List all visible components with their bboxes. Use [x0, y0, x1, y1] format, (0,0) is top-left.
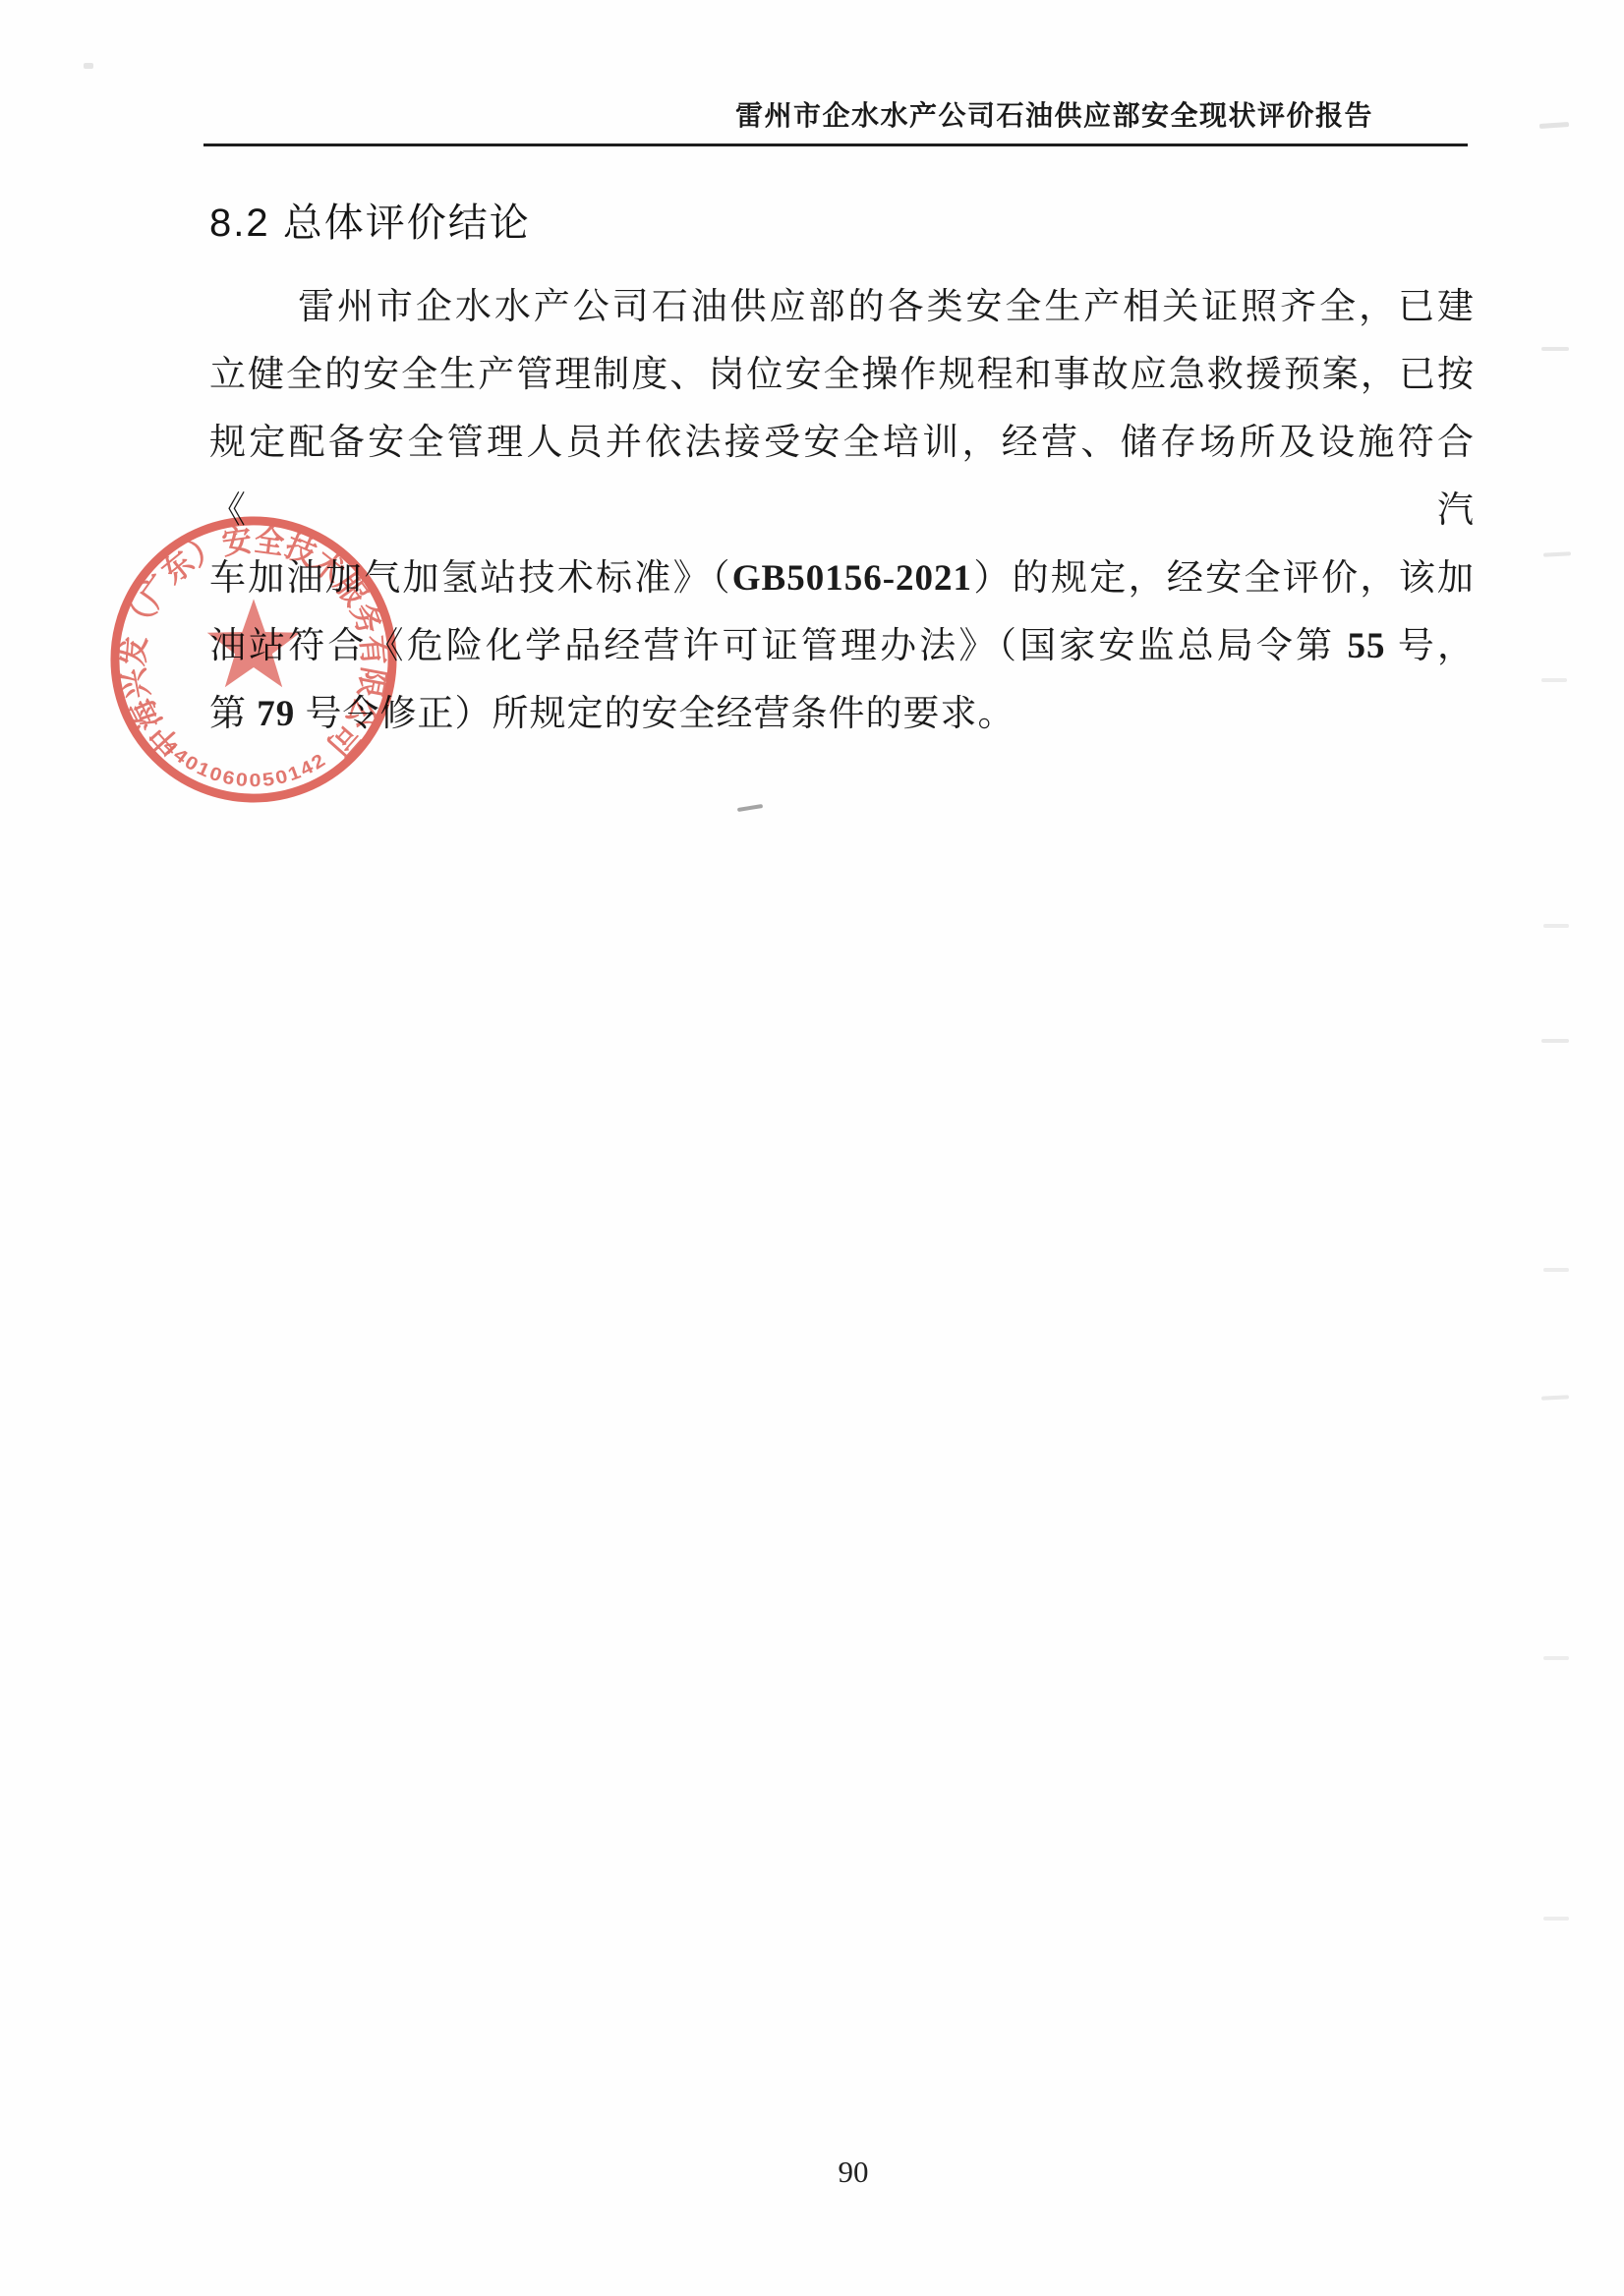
- official-seal-stamp: 中海兴发（广东）安全技术服务有限公司 4401060050142: [104, 513, 403, 806]
- page-number: 90: [814, 2154, 893, 2190]
- star-icon: [207, 599, 301, 687]
- scan-artifact: [1541, 347, 1569, 351]
- page-header-title: 雷州市企水水产公司石油供应部安全现状评价报告: [735, 98, 1373, 134]
- body-text: 雷州市企水水产公司石油供应部的各类安全生产相关证照齐全，已建: [298, 287, 1475, 327]
- scan-artifact: [1543, 1656, 1569, 1660]
- scan-artifact: [1539, 122, 1569, 129]
- section-heading: 8.2 总体评价结论: [209, 192, 1478, 248]
- paragraph-line: 立健全的安全生产管理制度、岗位安全操作规程和事故应急救援预案，已按: [209, 341, 1475, 409]
- scan-artifact: [1543, 551, 1571, 556]
- body-text: 立健全的安全生产管理制度、岗位安全操作规程和事故应急救援预案，已按: [209, 355, 1475, 395]
- header-rule: [203, 143, 1468, 146]
- scan-artifact: [1541, 678, 1567, 682]
- scan-artifact: [1543, 1917, 1569, 1921]
- scan-artifact: [737, 804, 763, 812]
- emphasis-text: 55: [1348, 626, 1386, 666]
- scan-artifact: [1543, 1268, 1569, 1272]
- scan-artifact: [1541, 1395, 1569, 1400]
- scan-artifact: [1541, 1039, 1569, 1043]
- scan-artifact: [1543, 924, 1569, 928]
- paragraph-line: 雷州市企水水产公司石油供应部的各类安全生产相关证照齐全，已建: [209, 273, 1475, 341]
- scan-artifact: [84, 63, 93, 69]
- document-page: 雷州市企水水产公司石油供应部安全现状评价报告 8.2 总体评价结论 雷州市企水水…: [0, 0, 1624, 2296]
- body-text: 号令修正）所规定的安全经营条件的要求。: [295, 694, 1015, 734]
- body-text: 号，: [1386, 626, 1476, 666]
- body-text: ）的规定，经安全评价，该加: [972, 558, 1475, 599]
- emphasis-text: GB50156-2021: [732, 558, 972, 599]
